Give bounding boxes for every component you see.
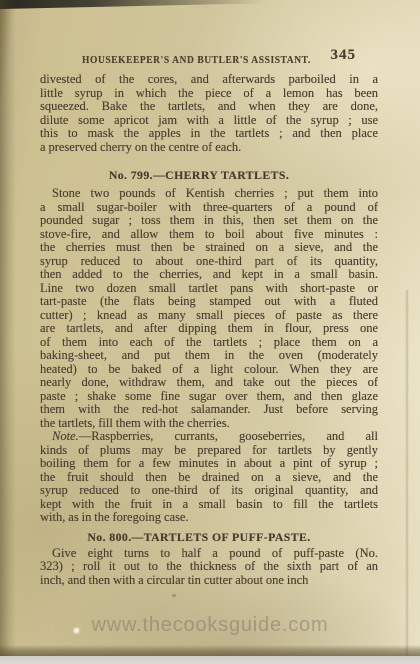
bottom-border-strip [0, 656, 420, 664]
bottom-edge-band [0, 645, 420, 656]
text-line: little syrup in which the piece of a lem… [40, 87, 378, 101]
text-line: with, as in the foregoing case. [40, 511, 378, 525]
text-line: paste ; shake some fine sugar over them,… [40, 390, 378, 404]
page-photo: HOUSEKEEPER'S AND BUTLER'S ASSISTANT. 34… [0, 0, 420, 664]
text-line: a small sugar-boiler with three-quarters… [40, 201, 378, 215]
text-line: cutter) ; knead as many small pieces of … [40, 309, 378, 323]
text-line: a preserved cherry on the centre of each… [40, 141, 378, 155]
text-line: 323) ; roll it out to the thickness of t… [40, 560, 378, 574]
running-header: HOUSEKEEPER'S AND BUTLER'S ASSISTANT. 34… [40, 52, 378, 65]
page-content: HOUSEKEEPER'S AND BUTLER'S ASSISTANT. 34… [40, 52, 378, 587]
paper-speck-dark [172, 594, 176, 597]
text-line: squeezed. Bake the tartlets, and when th… [40, 100, 378, 114]
text-line: the fruit should then be drained on a si… [40, 471, 378, 485]
top-edge-shadow [0, 0, 420, 9]
text-line: of them into each of the tartlets ; plac… [40, 336, 378, 350]
section-heading: No. 800.—TARTLETS OF PUFF-PASTE. [40, 530, 378, 544]
text-line: Give eight turns to half a pound of puff… [40, 547, 378, 561]
text-line: stove-fire, and allow them to boil about… [40, 228, 378, 242]
text-line: boiling them for a few minutes in about … [40, 457, 378, 471]
paragraph: Give eight turns to half a pound of puff… [40, 547, 378, 588]
text-line: dilute some apricot jam with a little of… [40, 114, 378, 128]
section-heading: No. 799.—CHERRY TARTLETS. [40, 168, 378, 182]
text-line: the tartlets, fill them with the cherrie… [40, 417, 378, 431]
text-line: them with the red-hot salamander. Just b… [40, 403, 378, 417]
text-line: divested of the cores, and afterwards pa… [40, 73, 378, 87]
page-number: 345 [331, 49, 357, 62]
text-line: syrup reduced to about one-third part of… [40, 255, 378, 269]
header-title: HOUSEKEEPER'S AND BUTLER'S ASSISTANT. [82, 54, 311, 67]
text-line: Stone two pounds of Kentish cherries ; p… [40, 187, 378, 201]
text-line: heated) to be baked of a light colour. W… [40, 363, 378, 377]
text-line: pounded sugar ; toss them in this, then … [40, 214, 378, 228]
text-line: Note.—Raspberries, currants, gooseberrie… [40, 430, 378, 444]
text-segment: —Raspberries, currants, gooseberries, an… [79, 430, 378, 443]
text-line: nearly done, withdraw them, and take out… [40, 376, 378, 390]
left-edge-shadow [0, 0, 16, 664]
text-line: this to mask the apples in the tartlets … [40, 127, 378, 141]
note-paragraph: Note.—Raspberries, currants, gooseberrie… [40, 430, 378, 525]
text-line: kept with the fruit in a small basin to … [40, 498, 378, 512]
text-line: the cherries must then be strained on a … [40, 241, 378, 255]
text-line: tart-paste (the flats being stamped out … [40, 295, 378, 309]
text-line: syrup reduced to one-third of its origin… [40, 484, 378, 498]
watermark: www.thecooksguide.com [0, 614, 420, 637]
paragraph: Stone two pounds of Kentish cherries ; p… [40, 187, 378, 430]
text-line: then added to the cherries, and kept in … [40, 268, 378, 282]
right-page-edge [406, 290, 408, 664]
text-line: Line two dozen small tartlet pans with s… [40, 282, 378, 296]
note-lead: Note. [52, 430, 79, 443]
text-line: inch, and then with a circular tin cutte… [40, 574, 378, 588]
text-line: are tartlets, and after dipping them in … [40, 322, 378, 336]
paragraph: divested of the cores, and afterwards pa… [40, 73, 378, 154]
text-line: kinds of plums may be prepared for tartl… [40, 444, 378, 458]
text-line: baking-sheet, and put them in the oven (… [40, 349, 378, 363]
